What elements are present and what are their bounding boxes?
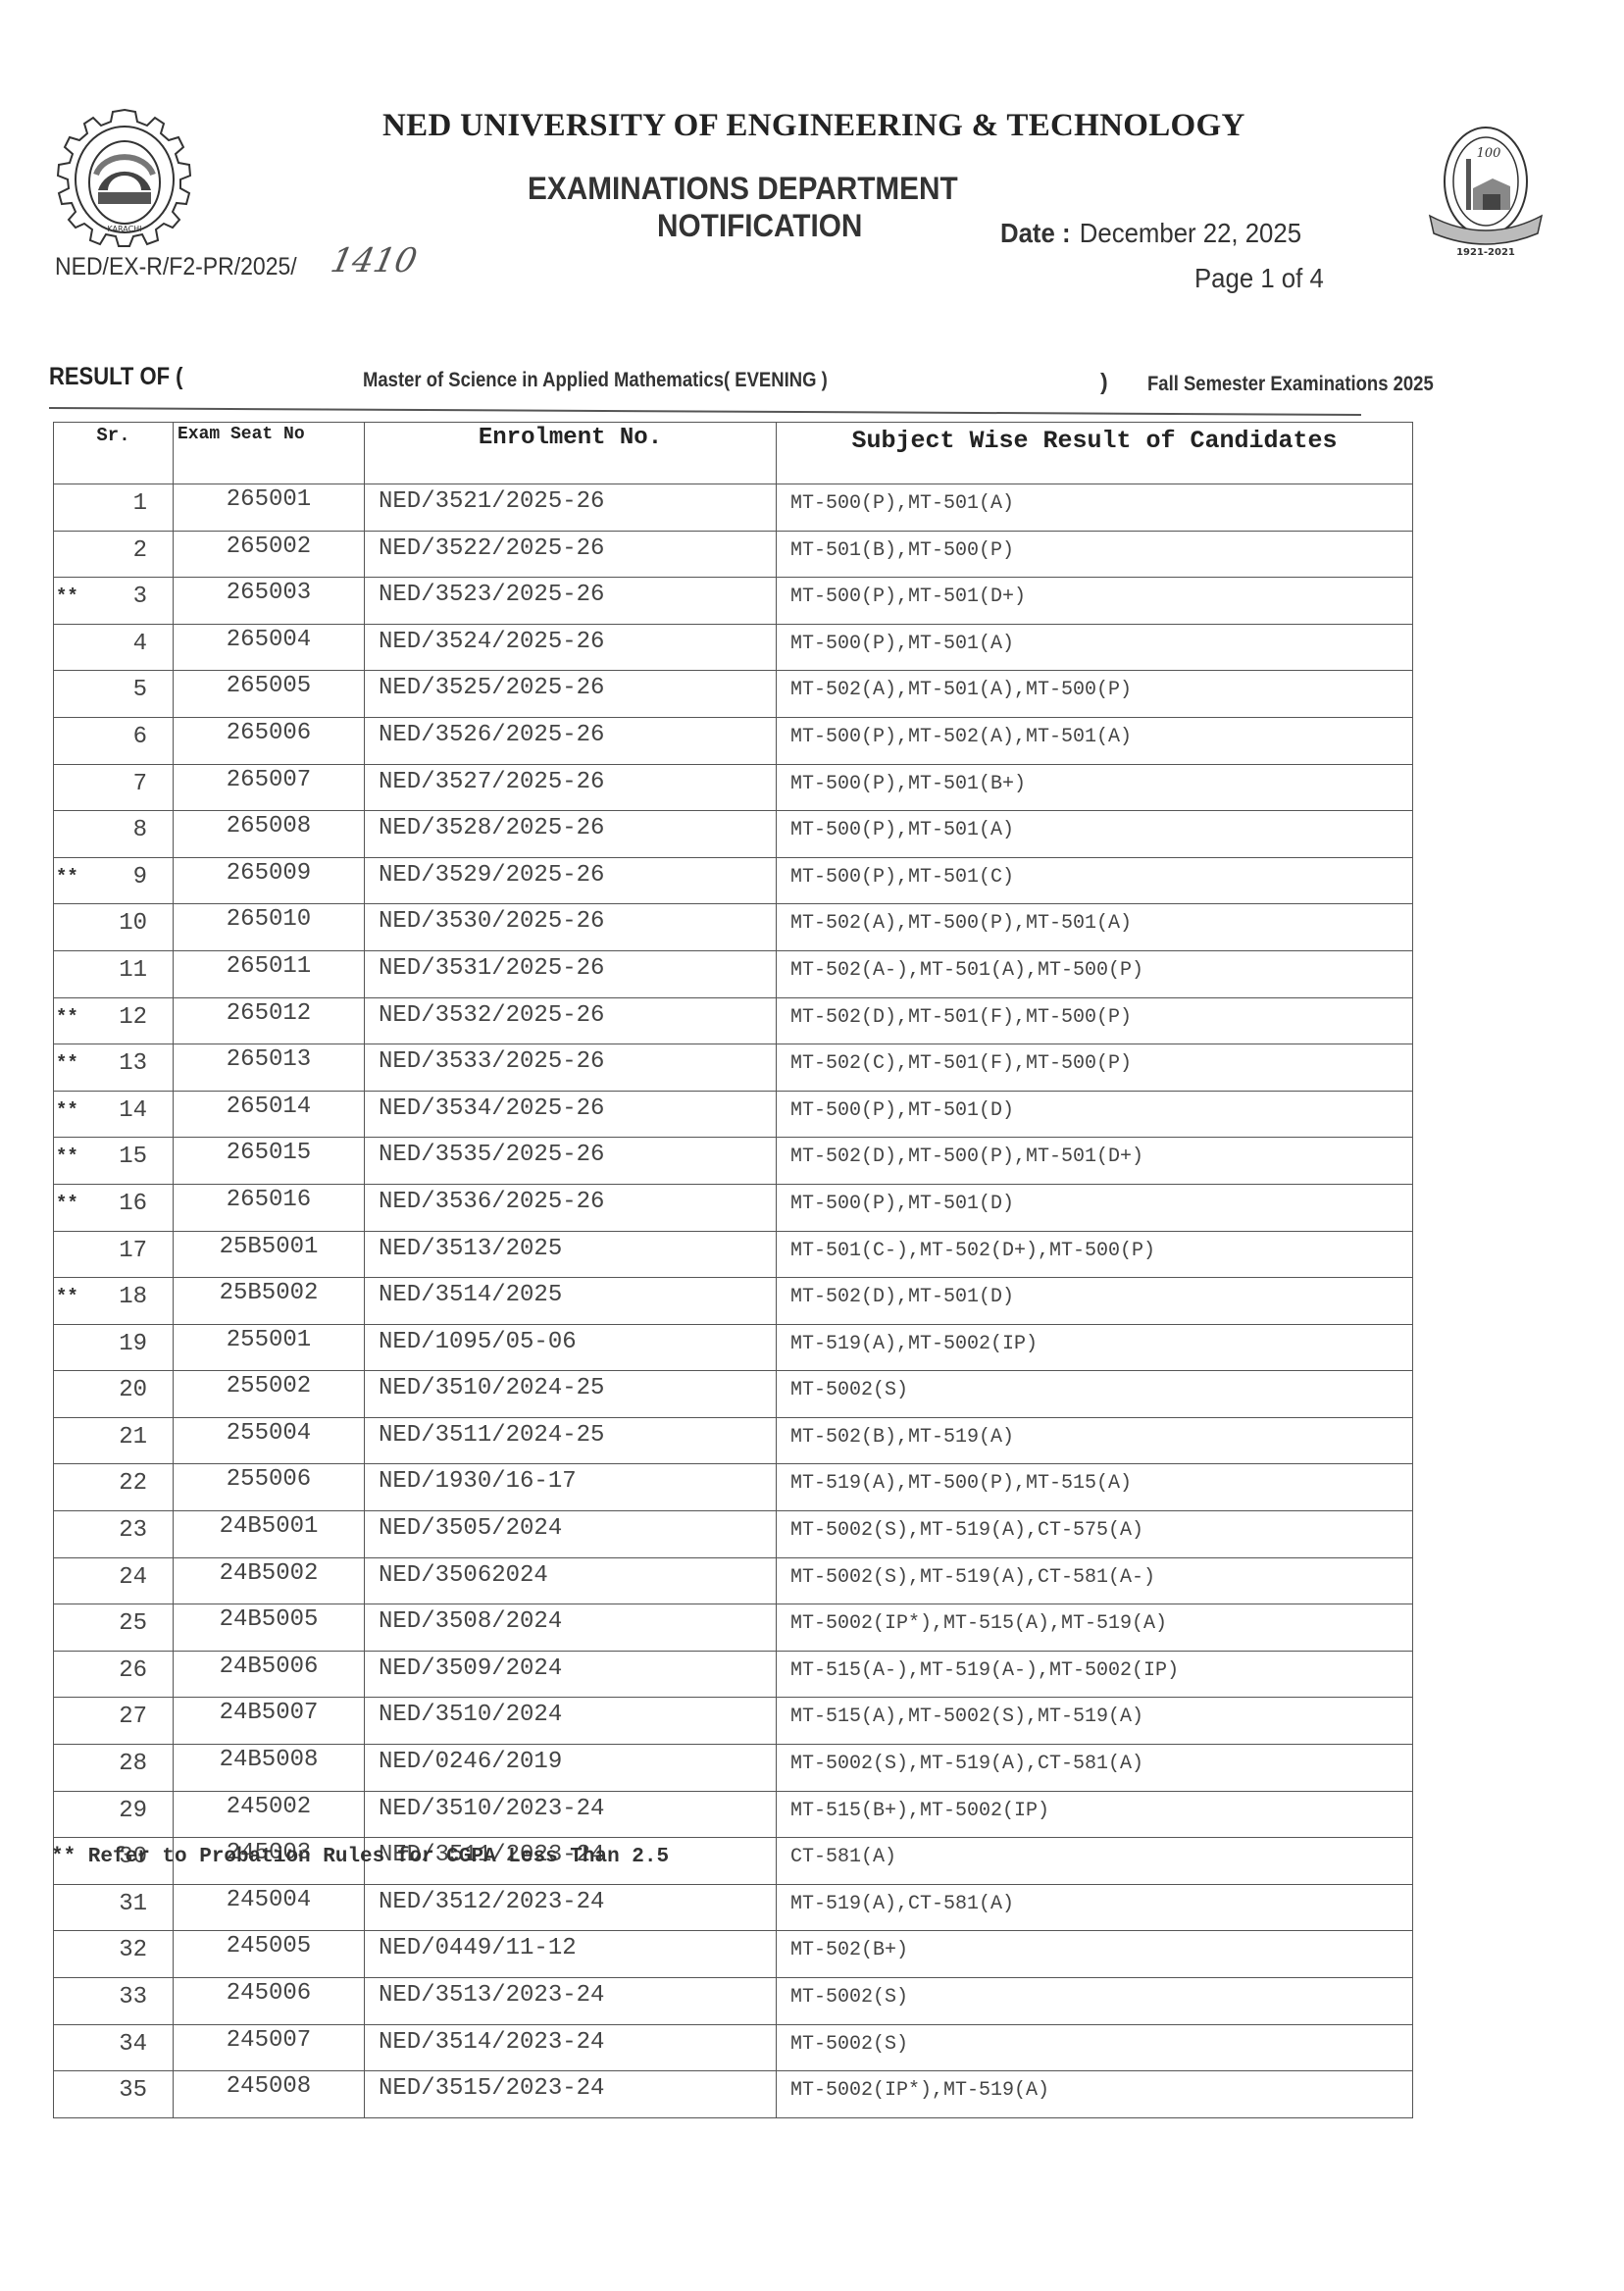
cell-subject-result: MT-501(C-),MT-502(D+),MT-500(P) [777, 1231, 1413, 1278]
sr-number: 10 [119, 910, 147, 937]
table-row: 6265006NED/3526/2025-26MT-500(P),MT-502(… [54, 717, 1413, 764]
cell-exam-seat-no: 245002 [174, 1791, 365, 1838]
cell-subject-result: MT-502(D),MT-501(F),MT-500(P) [777, 997, 1413, 1044]
sr-number: 29 [119, 1798, 147, 1824]
cell-exam-seat-no: 245004 [174, 1884, 365, 1931]
cell-exam-seat-no: 25B5002 [174, 1278, 365, 1325]
cell-exam-seat-no: 24B5002 [174, 1557, 365, 1604]
sr-number: 25 [119, 1610, 147, 1637]
cell-sr: 26 [54, 1651, 174, 1698]
cell-sr: **14 [54, 1091, 174, 1138]
sr-number: 35 [119, 2077, 147, 2104]
sr-number: 34 [119, 2031, 147, 2058]
cell-sr: 17 [54, 1231, 174, 1278]
sr-number: 23 [119, 1517, 147, 1544]
cell-enrolment-no: NED/3515/2023-24 [365, 2071, 777, 2118]
cell-subject-result: MT-519(A),CT-581(A) [777, 1884, 1413, 1931]
header-enrolment-no: Enrolment No. [365, 423, 777, 484]
page-number: Page 1 of 4 [1194, 263, 1324, 294]
cell-sr: 10 [54, 904, 174, 951]
probation-marker: ** [56, 1052, 78, 1074]
cell-exam-seat-no: 265008 [174, 811, 365, 858]
cell-subject-result: MT-515(A),MT-5002(S),MT-519(A) [777, 1698, 1413, 1745]
cell-sr: 21 [54, 1417, 174, 1464]
table-row: 11265011NED/3531/2025-26MT-502(A-),MT-50… [54, 950, 1413, 997]
cell-subject-result: MT-515(A-),MT-519(A-),MT-5002(IP) [777, 1651, 1413, 1698]
sr-number: 13 [119, 1050, 147, 1077]
divider [49, 407, 1361, 416]
cell-exam-seat-no: 265004 [174, 624, 365, 671]
cell-sr: 24 [54, 1557, 174, 1604]
sr-number: 15 [119, 1144, 147, 1170]
cell-exam-seat-no: 265003 [174, 578, 365, 625]
header-subject-result: Subject Wise Result of Candidates [777, 423, 1413, 484]
sr-number: 6 [133, 724, 147, 750]
cell-enrolment-no: NED/1930/16-17 [365, 1464, 777, 1511]
program-name: Master of Science in Applied Mathematics… [363, 369, 828, 392]
table-row: 2324B5001NED/3505/2024MT-5002(S),MT-519(… [54, 1511, 1413, 1558]
sr-number: 18 [119, 1284, 147, 1310]
table-row: 34245007NED/3514/2023-24MT-5002(S) [54, 2024, 1413, 2071]
table-row: 4265004NED/3524/2025-26MT-500(P),MT-501(… [54, 624, 1413, 671]
cell-enrolment-no: NED/35062024 [365, 1557, 777, 1604]
cell-sr: 29 [54, 1791, 174, 1838]
table-row: 32245005NED/0449/11-12MT-502(B+) [54, 1931, 1413, 1978]
table-row: 21255004NED/3511/2024-25MT-502(B),MT-519… [54, 1417, 1413, 1464]
cell-sr: 7 [54, 764, 174, 811]
cell-subject-result: MT-502(B+) [777, 1931, 1413, 1978]
department-title: EXAMINATIONS DEPARTMENT [528, 171, 958, 207]
cell-sr: **12 [54, 997, 174, 1044]
table-row: 20255002NED/3510/2024-25MT-5002(S) [54, 1371, 1413, 1418]
cell-enrolment-no: NED/3530/2025-26 [365, 904, 777, 951]
handwritten-reference: 1410 [328, 241, 421, 280]
cell-subject-result: MT-519(A),MT-500(P),MT-515(A) [777, 1464, 1413, 1511]
cell-exam-seat-no: 245006 [174, 1978, 365, 2025]
cell-enrolment-no: NED/3535/2025-26 [365, 1138, 777, 1185]
sr-number: 33 [119, 1984, 147, 2011]
cell-exam-seat-no: 24B5008 [174, 1745, 365, 1792]
probation-marker: ** [56, 585, 78, 607]
cell-exam-seat-no: 265001 [174, 484, 365, 532]
table-row: 2724B5007NED/3510/2024MT-515(A),MT-5002(… [54, 1698, 1413, 1745]
cell-sr: 20 [54, 1371, 174, 1418]
sr-number: 21 [119, 1424, 147, 1451]
table-row: 2824B5008NED/0246/2019MT-5002(S),MT-519(… [54, 1745, 1413, 1792]
cell-exam-seat-no: 24B5006 [174, 1651, 365, 1698]
table-row: 1265001NED/3521/2025-26MT-500(P),MT-501(… [54, 484, 1413, 532]
program-close-paren: ) [1100, 369, 1108, 395]
sr-number: 4 [133, 631, 147, 657]
date-label: Date : [1000, 218, 1071, 248]
cell-enrolment-no: NED/3531/2025-26 [365, 950, 777, 997]
cell-subject-result: MT-5002(S) [777, 1978, 1413, 2025]
cell-exam-seat-no: 265013 [174, 1044, 365, 1092]
cell-enrolment-no: NED/0449/11-12 [365, 1931, 777, 1978]
table-header-row: Sr. Exam Seat No Enrolment No. Subject W… [54, 423, 1413, 484]
cell-enrolment-no: NED/3510/2024-25 [365, 1371, 777, 1418]
cell-exam-seat-no: 265014 [174, 1091, 365, 1138]
probation-marker: ** [56, 1286, 78, 1307]
cell-subject-result: MT-500(P),MT-501(A) [777, 811, 1413, 858]
table-row: 2624B5006NED/3509/2024MT-515(A-),MT-519(… [54, 1651, 1413, 1698]
cell-sr: 5 [54, 671, 174, 718]
table-row: 7265007NED/3527/2025-26MT-500(P),MT-501(… [54, 764, 1413, 811]
cell-sr: 2 [54, 531, 174, 578]
cell-subject-result: MT-502(A),MT-501(A),MT-500(P) [777, 671, 1413, 718]
sr-number: 19 [119, 1331, 147, 1357]
cell-enrolment-no: NED/3533/2025-26 [365, 1044, 777, 1092]
cell-exam-seat-no: 255002 [174, 1371, 365, 1418]
cell-enrolment-no: NED/3525/2025-26 [365, 671, 777, 718]
table-row: 10265010NED/3530/2025-26MT-502(A),MT-500… [54, 904, 1413, 951]
cell-exam-seat-no: 265011 [174, 950, 365, 997]
cell-enrolment-no: NED/3510/2023-24 [365, 1791, 777, 1838]
cell-exam-seat-no: 265009 [174, 857, 365, 904]
sr-number: 28 [119, 1751, 147, 1777]
cell-enrolment-no: NED/3521/2025-26 [365, 484, 777, 532]
probation-marker: ** [56, 1145, 78, 1167]
cell-sr: **9 [54, 857, 174, 904]
sr-number: 5 [133, 677, 147, 703]
cell-exam-seat-no: 255004 [174, 1417, 365, 1464]
cell-subject-result: MT-5002(S),MT-519(A),CT-581(A-) [777, 1557, 1413, 1604]
cell-subject-result: MT-500(P),MT-501(B+) [777, 764, 1413, 811]
cell-sr: 25 [54, 1604, 174, 1652]
notification-title: NOTIFICATION [657, 208, 862, 244]
table-row: 22255006NED/1930/16-17MT-519(A),MT-500(P… [54, 1464, 1413, 1511]
cell-enrolment-no: NED/3528/2025-26 [365, 811, 777, 858]
cell-sr: **16 [54, 1184, 174, 1231]
cell-subject-result: MT-500(P),MT-501(D) [777, 1091, 1413, 1138]
table-row: 19255001NED/1095/05-06MT-519(A),MT-5002(… [54, 1324, 1413, 1371]
result-of-label: RESULT OF ( [49, 363, 182, 391]
svg-text:1921-2021: 1921-2021 [1456, 247, 1515, 258]
cell-exam-seat-no: 245005 [174, 1931, 365, 1978]
table-row: **3265003NED/3523/2025-26MT-500(P),MT-50… [54, 578, 1413, 625]
cell-sr: 32 [54, 1931, 174, 1978]
header-sr: Sr. [54, 423, 174, 484]
cell-subject-result: MT-5002(S),MT-519(A),CT-575(A) [777, 1511, 1413, 1558]
cell-enrolment-no: NED/3512/2023-24 [365, 1884, 777, 1931]
probation-marker: ** [56, 1099, 78, 1121]
sr-number: 11 [119, 957, 147, 984]
table-row: **15265015NED/3535/2025-26MT-502(D),MT-5… [54, 1138, 1413, 1185]
cell-subject-result: MT-501(B),MT-500(P) [777, 531, 1413, 578]
cell-sr: **3 [54, 578, 174, 625]
header-exam-seat-no: Exam Seat No [174, 423, 365, 484]
sr-number: 22 [119, 1470, 147, 1497]
cell-enrolment-no: NED/3523/2025-26 [365, 578, 777, 625]
cell-exam-seat-no: 24B5007 [174, 1698, 365, 1745]
sr-number: 17 [119, 1238, 147, 1264]
cell-sr: 35 [54, 2071, 174, 2118]
sr-number: 3 [133, 584, 147, 610]
cell-enrolment-no: NED/3510/2024 [365, 1698, 777, 1745]
cell-subject-result: MT-502(D),MT-501(D) [777, 1278, 1413, 1325]
probation-marker: ** [56, 866, 78, 888]
notification-date: Date :December 22, 2025 [1000, 218, 1301, 249]
sr-number: 26 [119, 1657, 147, 1684]
table-row: **14265014NED/3534/2025-26MT-500(P),MT-5… [54, 1091, 1413, 1138]
svg-text:KARACHI: KARACHI [107, 225, 141, 233]
cell-sr: **18 [54, 1278, 174, 1325]
cell-sr: 6 [54, 717, 174, 764]
table-row: 8265008NED/3528/2025-26MT-500(P),MT-501(… [54, 811, 1413, 858]
table-row: **1825B5002NED/3514/2025MT-502(D),MT-501… [54, 1278, 1413, 1325]
cell-sr: 22 [54, 1464, 174, 1511]
sr-number: 7 [133, 771, 147, 797]
cell-exam-seat-no: 245007 [174, 2024, 365, 2071]
cell-subject-result: MT-502(C),MT-501(F),MT-500(P) [777, 1044, 1413, 1092]
sr-number: 24 [119, 1564, 147, 1591]
cell-sr: **15 [54, 1138, 174, 1185]
table-row: **16265016NED/3536/2025-26MT-500(P),MT-5… [54, 1184, 1413, 1231]
cell-exam-seat-no: 265016 [174, 1184, 365, 1231]
cell-sr: 19 [54, 1324, 174, 1371]
cell-exam-seat-no: 245008 [174, 2071, 365, 2118]
cell-subject-result: MT-500(P),MT-501(A) [777, 624, 1413, 671]
probation-footnote: ** Refer to Probation Rules for CGPA Les… [51, 1846, 669, 1868]
sr-number: 14 [119, 1097, 147, 1124]
cell-sr: 34 [54, 2024, 174, 2071]
sr-number: 12 [119, 1004, 147, 1031]
cell-sr: 8 [54, 811, 174, 858]
cell-enrolment-no: NED/3524/2025-26 [365, 624, 777, 671]
cell-subject-result: MT-5002(IP*),MT-519(A) [777, 2071, 1413, 2118]
cell-exam-seat-no: 265010 [174, 904, 365, 951]
cell-sr: 11 [54, 950, 174, 997]
table-row: 2265002NED/3522/2025-26MT-501(B),MT-500(… [54, 531, 1413, 578]
ned-centenary-logo-icon: 100 1921-2021 [1412, 118, 1559, 265]
cell-enrolment-no: NED/0246/2019 [365, 1745, 777, 1792]
cell-enrolment-no: NED/3527/2025-26 [365, 764, 777, 811]
cell-subject-result: MT-5002(IP*),MT-515(A),MT-519(A) [777, 1604, 1413, 1652]
cell-enrolment-no: NED/3529/2025-26 [365, 857, 777, 904]
cell-subject-result: MT-502(A),MT-500(P),MT-501(A) [777, 904, 1413, 951]
sr-number: 32 [119, 1937, 147, 1963]
cell-subject-result: MT-5002(S) [777, 1371, 1413, 1418]
cell-subject-result: MT-515(B+),MT-5002(IP) [777, 1791, 1413, 1838]
probation-marker: ** [56, 1006, 78, 1028]
cell-subject-result: CT-581(A) [777, 1838, 1413, 1885]
cell-enrolment-no: NED/3532/2025-26 [365, 997, 777, 1044]
cell-subject-result: MT-500(P),MT-501(A) [777, 484, 1413, 532]
table-row: **9265009NED/3529/2025-26MT-500(P),MT-50… [54, 857, 1413, 904]
sr-number: 9 [133, 864, 147, 891]
cell-exam-seat-no: 265007 [174, 764, 365, 811]
cell-subject-result: MT-500(P),MT-501(D) [777, 1184, 1413, 1231]
cell-exam-seat-no: 24B5005 [174, 1604, 365, 1652]
cell-subject-result: MT-502(B),MT-519(A) [777, 1417, 1413, 1464]
cell-subject-result: MT-5002(S),MT-519(A),CT-581(A) [777, 1745, 1413, 1792]
sr-number: 27 [119, 1704, 147, 1730]
cell-exam-seat-no: 265006 [174, 717, 365, 764]
cell-exam-seat-no: 265012 [174, 997, 365, 1044]
cell-enrolment-no: NED/3513/2025 [365, 1231, 777, 1278]
table-row: **12265012NED/3532/2025-26MT-502(D),MT-5… [54, 997, 1413, 1044]
cell-exam-seat-no: 25B5001 [174, 1231, 365, 1278]
table-row: 35245008NED/3515/2023-24MT-5002(IP*),MT-… [54, 2071, 1413, 2118]
cell-enrolment-no: NED/3522/2025-26 [365, 531, 777, 578]
sr-number: 16 [119, 1191, 147, 1217]
cell-subject-result: MT-519(A),MT-5002(IP) [777, 1324, 1413, 1371]
cell-sr: **13 [54, 1044, 174, 1092]
table-row: 29245002NED/3510/2023-24MT-515(B+),MT-50… [54, 1791, 1413, 1838]
cell-exam-seat-no: 265005 [174, 671, 365, 718]
table-row: 31245004NED/3512/2023-24MT-519(A),CT-581… [54, 1884, 1413, 1931]
cell-enrolment-no: NED/3534/2025-26 [365, 1091, 777, 1138]
cell-enrolment-no: NED/3511/2024-25 [365, 1417, 777, 1464]
date-value: December 22, 2025 [1080, 218, 1301, 248]
table-row: 2424B5002NED/35062024MT-5002(S),MT-519(A… [54, 1557, 1413, 1604]
svg-text:100: 100 [1477, 146, 1501, 161]
cell-subject-result: MT-502(D),MT-500(P),MT-501(D+) [777, 1138, 1413, 1185]
sr-number: 1 [133, 490, 147, 517]
cell-enrolment-no: NED/1095/05-06 [365, 1324, 777, 1371]
sr-number: 8 [133, 817, 147, 843]
cell-subject-result: MT-500(P),MT-501(C) [777, 857, 1413, 904]
reference-number: NED/EX-R/F2-PR/2025/ [55, 253, 297, 281]
cell-subject-result: MT-5002(S) [777, 2024, 1413, 2071]
cell-sr: 23 [54, 1511, 174, 1558]
cell-enrolment-no: NED/3514/2023-24 [365, 2024, 777, 2071]
cell-sr: 31 [54, 1884, 174, 1931]
table-row: 33245006NED/3513/2023-24MT-5002(S) [54, 1978, 1413, 2025]
cell-sr: 28 [54, 1745, 174, 1792]
cell-sr: 4 [54, 624, 174, 671]
sr-number: 2 [133, 537, 147, 564]
cell-enrolment-no: NED/3514/2025 [365, 1278, 777, 1325]
sr-number: 20 [119, 1377, 147, 1403]
cell-enrolment-no: NED/3505/2024 [365, 1511, 777, 1558]
cell-exam-seat-no: 255001 [174, 1324, 365, 1371]
cell-exam-seat-no: 24B5001 [174, 1511, 365, 1558]
cell-subject-result: MT-500(P),MT-501(D+) [777, 578, 1413, 625]
probation-marker: ** [56, 1193, 78, 1214]
cell-enrolment-no: NED/3508/2024 [365, 1604, 777, 1652]
table-row: 5265005NED/3525/2025-26MT-502(A),MT-501(… [54, 671, 1413, 718]
table-row: **13265013NED/3533/2025-26MT-502(C),MT-5… [54, 1044, 1413, 1092]
cell-exam-seat-no: 265015 [174, 1138, 365, 1185]
sr-number: 31 [119, 1891, 147, 1917]
cell-enrolment-no: NED/3513/2023-24 [365, 1978, 777, 2025]
cell-enrolment-no: NED/3526/2025-26 [365, 717, 777, 764]
cell-exam-seat-no: 255006 [174, 1464, 365, 1511]
cell-sr: 27 [54, 1698, 174, 1745]
cell-sr: 1 [54, 484, 174, 532]
semester-name: Fall Semester Examinations 2025 [1147, 373, 1434, 396]
cell-sr: 33 [54, 1978, 174, 2025]
table-row: 1725B5001NED/3513/2025MT-501(C-),MT-502(… [54, 1231, 1413, 1278]
cell-exam-seat-no: 265002 [174, 531, 365, 578]
cell-enrolment-no: NED/3536/2025-26 [365, 1184, 777, 1231]
cell-subject-result: MT-500(P),MT-502(A),MT-501(A) [777, 717, 1413, 764]
university-name: NED UNIVERSITY OF ENGINEERING & TECHNOLO… [382, 108, 1245, 144]
ned-crest-logo-icon: KARACHI [51, 106, 198, 253]
table-row: 2524B5005NED/3508/2024MT-5002(IP*),MT-51… [54, 1604, 1413, 1652]
cell-subject-result: MT-502(A-),MT-501(A),MT-500(P) [777, 950, 1413, 997]
cell-enrolment-no: NED/3509/2024 [365, 1651, 777, 1698]
